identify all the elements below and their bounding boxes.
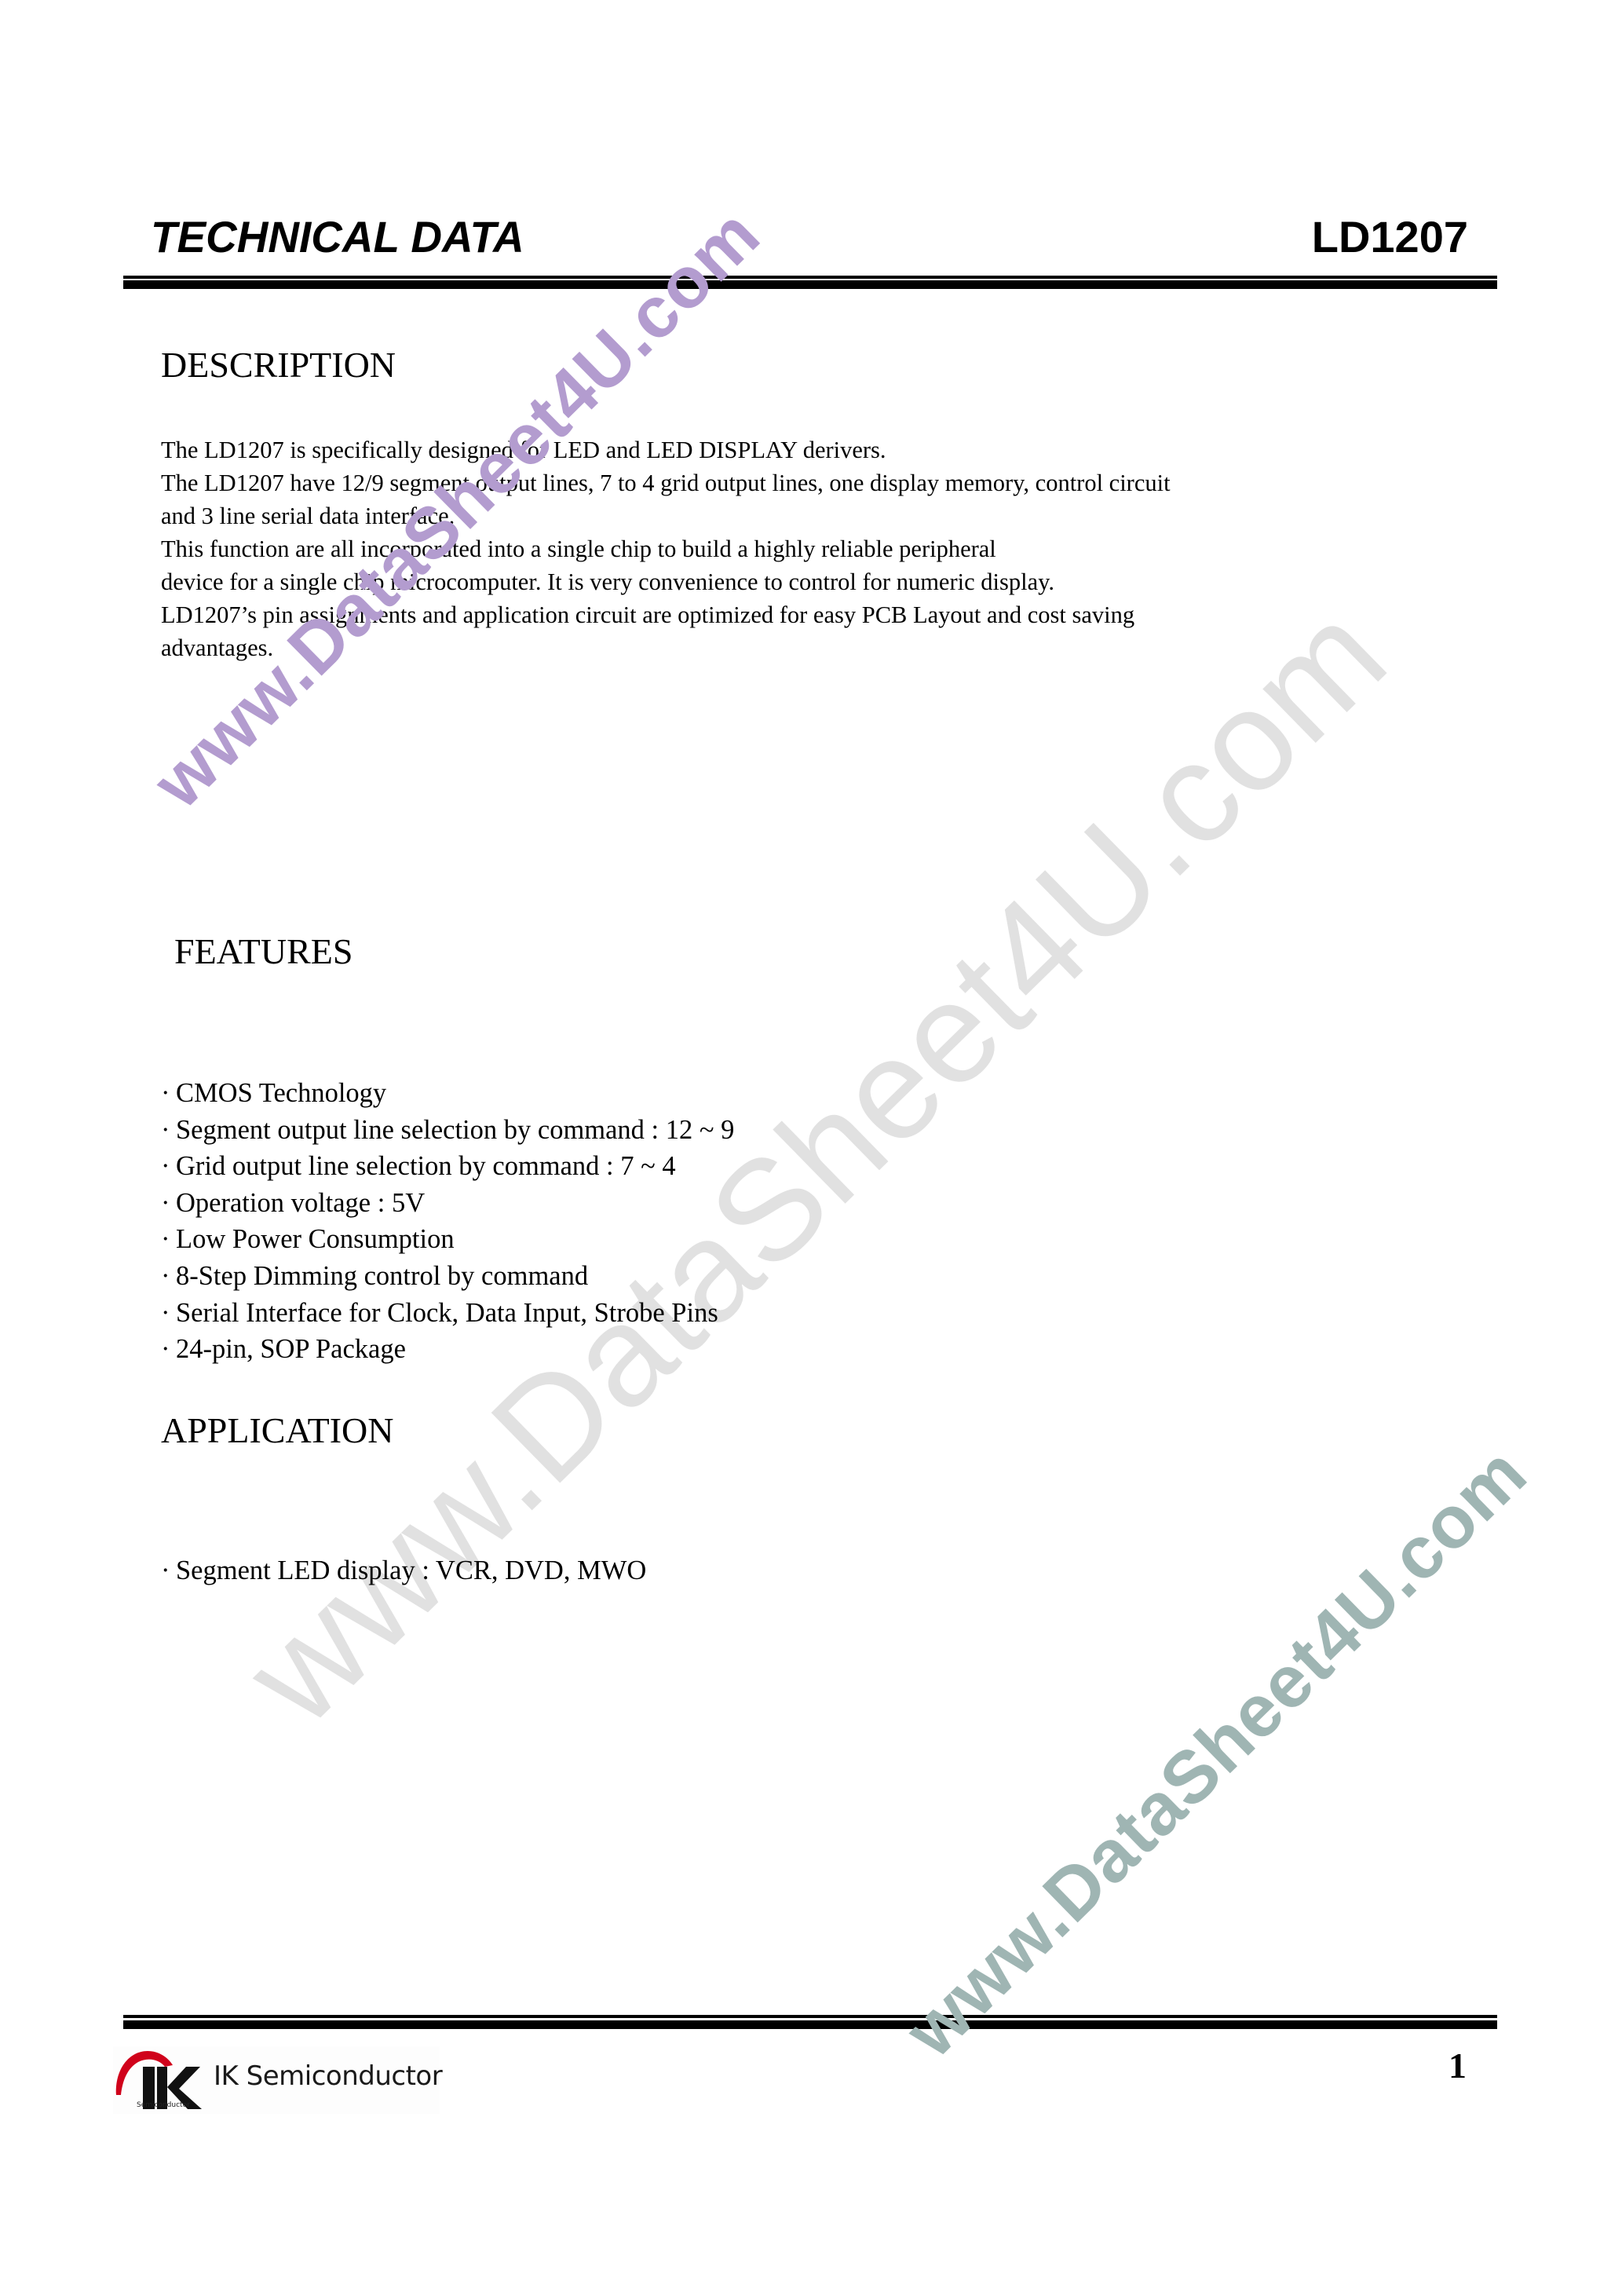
header-rule-thin — [123, 276, 1497, 279]
description-line: The LD1207 have 12/9 segment output line… — [161, 466, 1171, 499]
bullet-icon: · — [161, 1258, 176, 1295]
feature-item: ·CMOS Technology — [161, 1075, 734, 1112]
description-heading: DESCRIPTION — [161, 345, 396, 385]
document-title: TECHNICAL DATA — [151, 214, 524, 261]
description-line: and 3 line serial data interface. — [161, 499, 1171, 532]
header-rule-thick — [123, 280, 1497, 289]
bullet-icon: · — [161, 1112, 176, 1149]
feature-item: ·8-Step Dimming control by command — [161, 1258, 734, 1295]
bullet-icon: · — [161, 1185, 176, 1222]
footer-rule-thin — [123, 2015, 1497, 2018]
feature-item: ·24-pin, SOP Package — [161, 1331, 734, 1368]
application-item: ·Segment LED display : VCR, DVD, MWO — [161, 1552, 646, 1589]
feature-item: ·Low Power Consumption — [161, 1221, 734, 1258]
content-layer: TECHNICAL DATA LD1207 DESCRIPTION The LD… — [0, 0, 1622, 2296]
ik-semiconductor-logo: IK Semiconductor Semiconductor — [113, 2046, 440, 2114]
bullet-icon: · — [161, 1148, 176, 1185]
page-number: 1 — [1448, 2046, 1467, 2086]
description-line: advantages. — [161, 631, 1171, 664]
features-list: ·CMOS Technology ·Segment output line se… — [161, 1075, 734, 1368]
logo-subtext: Semiconductor — [137, 2101, 190, 2109]
bullet-icon: · — [161, 1295, 176, 1332]
logo-company-name: IK Semiconductor — [214, 2060, 442, 2092]
feature-item: ·Segment output line selection by comman… — [161, 1112, 734, 1149]
bullet-icon: · — [161, 1075, 176, 1112]
description-text: The LD1207 is specifically designed for … — [161, 433, 1171, 664]
features-heading: FEATURES — [174, 932, 353, 971]
description-line: This function are all incorporated into … — [161, 532, 1171, 565]
bullet-icon: · — [161, 1221, 176, 1258]
description-line: LD1207’s pin assignments and application… — [161, 598, 1171, 631]
datasheet-page: www.DataSheet4U.com TECHNICAL DATA LD120… — [0, 0, 1622, 2296]
description-line: The LD1207 is specifically designed for … — [161, 433, 1171, 466]
feature-item: ·Operation voltage : 5V — [161, 1185, 734, 1222]
footer-rule-thick — [123, 2020, 1497, 2029]
bullet-icon: · — [161, 1552, 176, 1589]
bullet-icon: · — [161, 1331, 176, 1368]
application-heading: APPLICATION — [161, 1411, 393, 1450]
application-list: ·Segment LED display : VCR, DVD, MWO — [161, 1552, 646, 1589]
part-number: LD1207 — [1312, 214, 1468, 261]
feature-item: ·Grid output line selection by command :… — [161, 1148, 734, 1185]
feature-item: ·Serial Interface for Clock, Data Input,… — [161, 1295, 734, 1332]
description-line: device for a single chip microcomputer. … — [161, 565, 1171, 598]
